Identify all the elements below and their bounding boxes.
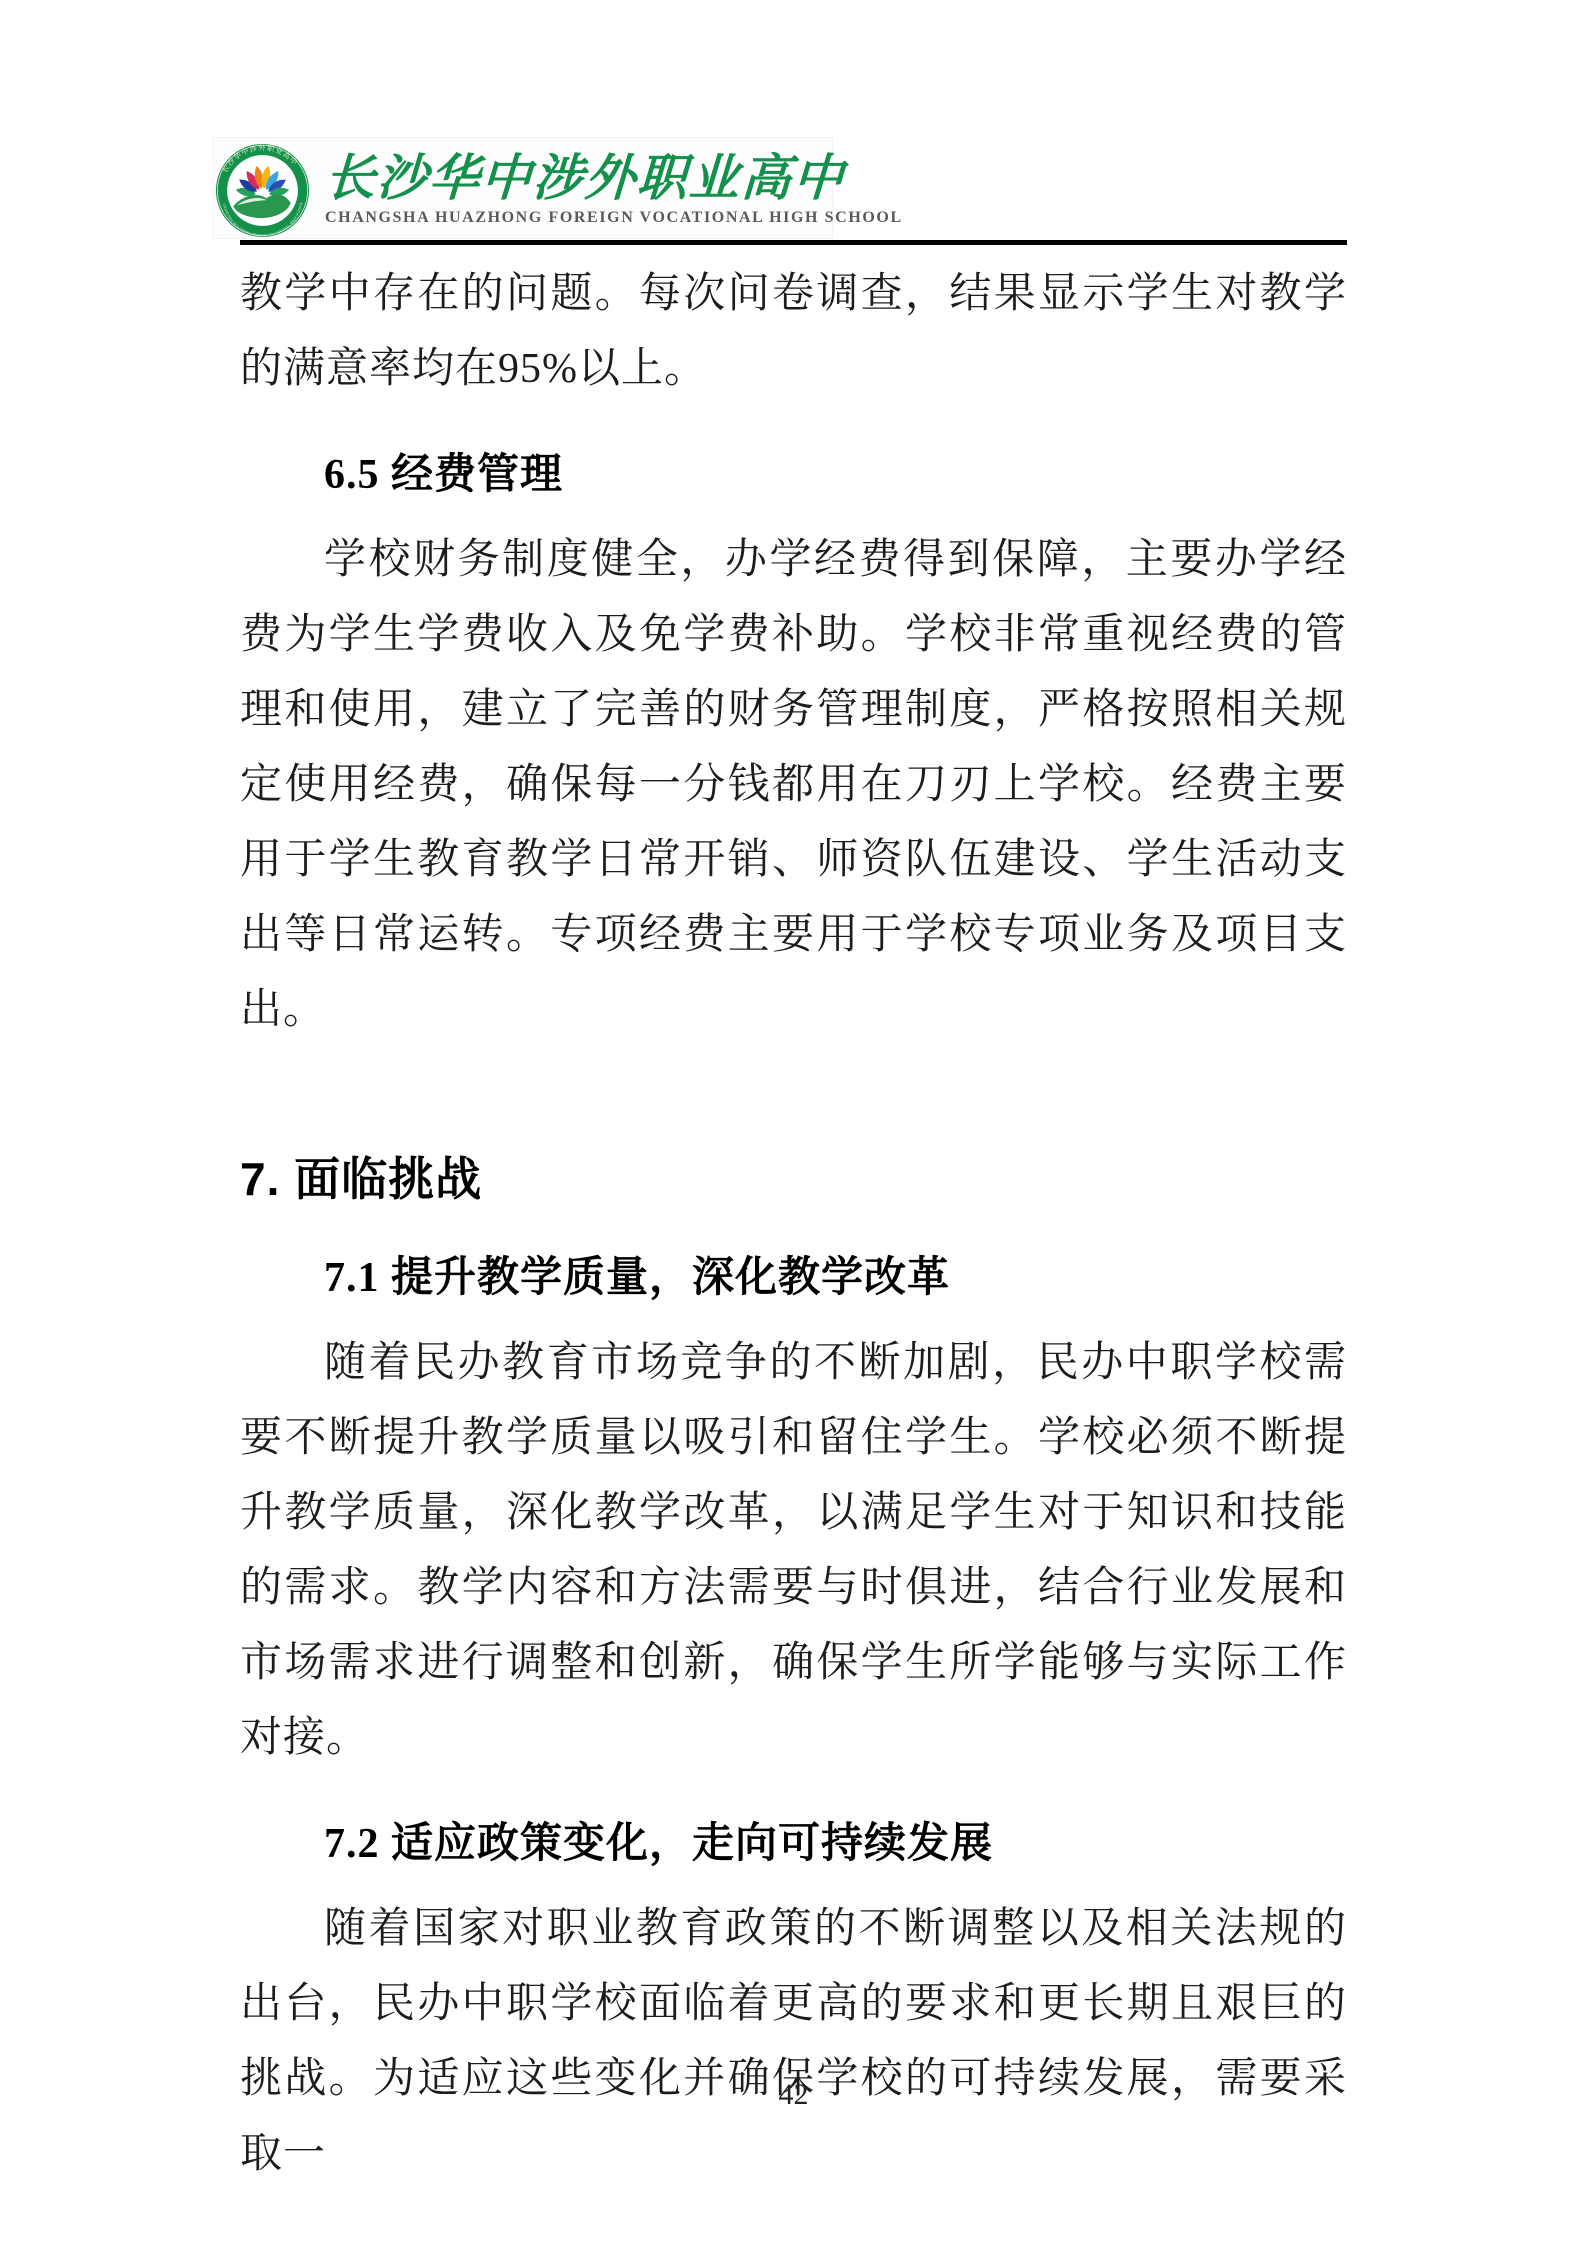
school-title-wrap: 长沙华中涉外职业高中 CHANGSHA HUAZHONG FOREIGN VOC… [325,149,903,227]
page-footer: 42 [0,2078,1587,2112]
document-body: 教学中存在的问题。每次问卷调查，结果显示学生对教学的满意率均在95%以上。6.5… [240,245,1347,2192]
paragraph-teaching-survey: 教学中存在的问题。每次问卷调查，结果显示学生对教学的满意率均在95%以上。 [240,257,1347,407]
heading-7-2-policy-change: 7.2 适应政策变化，走向可持续发展 [324,1814,1347,1874]
school-logo-block: 长沙华中涉外职业高中 CHANGSHA HUAZHONG FOREIGN VOC… [214,138,832,238]
document-page: 长沙华中涉外职业高中 CHANGSHA HUAZHONG FOREIGN VOC… [0,0,1587,2245]
school-name-english: CHANGSHA HUAZHONG FOREIGN VOCATIONAL HIG… [325,209,903,227]
paragraph-teaching-quality: 随着民办教育市场竞争的不断加剧，民办中职学校需要不断提升教学质量以吸引和留住学生… [240,1326,1347,1776]
heading-6-5-funding-management: 6.5 经费管理 [324,445,1347,505]
paragraph-policy-change: 随着国家对职业教育政策的不断调整以及相关法规的出台，民办中职学校面临着更高的要求… [240,1892,1347,2192]
heading-7-1-teaching-quality: 7.1 提升教学质量，深化教学改革 [324,1248,1347,1308]
school-name-chinese: 长沙华中涉外职业高中 [323,149,904,207]
paragraph-funding-management: 学校财务制度健全，办学经费得到保障，主要办学经费为学生学费收入及免学费补助。学校… [240,523,1347,1048]
school-emblem-logo: 长沙华中涉外职业高中 CHANGSHA HUAZHONG FOREIGN VOC… [214,142,311,239]
heading-7-challenges: 7. 面临挑战 [240,1148,1347,1210]
page-number: 42 [779,2078,809,2111]
